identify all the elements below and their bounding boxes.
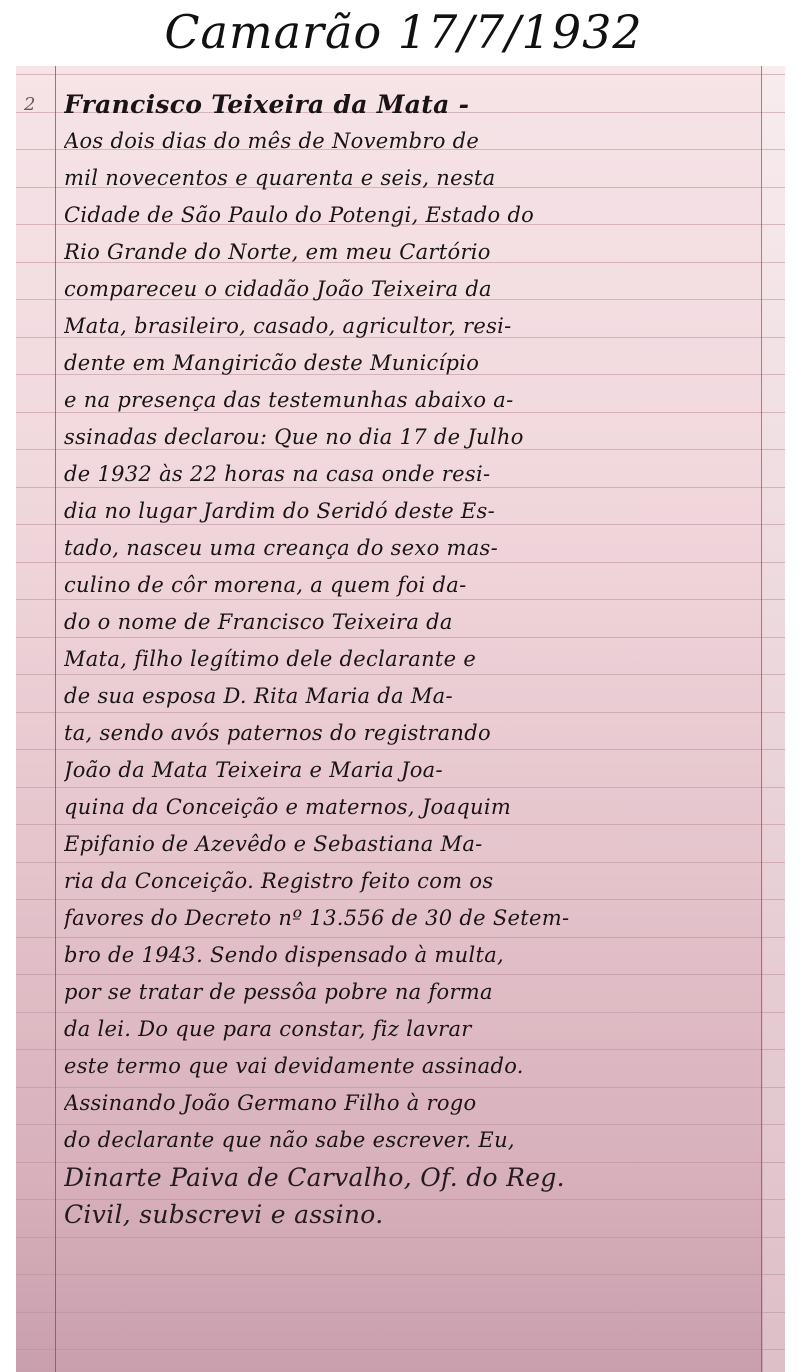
text-line: do declarante que não sabe escrever. Eu, xyxy=(64,1122,764,1159)
signature-line: Dinarte Paiva de Carvalho, Of. do Reg. xyxy=(64,1159,764,1196)
text-line: ria da Conceição. Registro feito com os xyxy=(64,863,764,900)
left-margin-line xyxy=(55,66,56,1372)
signature-line: Civil, subscrevi e assino. xyxy=(64,1196,764,1233)
text-line: favores do Decreto nº 13.556 de 30 de Se… xyxy=(64,900,764,937)
text-line: dente em Mangiricão deste Município xyxy=(64,345,764,382)
text-line: João da Mata Teixeira e Maria Joa- xyxy=(64,752,764,789)
text-line: por se tratar de pessôa pobre na forma xyxy=(64,974,764,1011)
text-line: Cidade de São Paulo do Potengi, Estado d… xyxy=(64,197,764,234)
text-line: culino de côr morena, a quem foi da- xyxy=(64,567,764,604)
text-line: Mata, filho legítimo dele declarante e xyxy=(64,641,764,678)
ruled-line xyxy=(16,1312,785,1313)
entry-number: 2 xyxy=(24,94,35,115)
text-line: e na presença das testemunhas abaixo a- xyxy=(64,382,764,419)
text-line: tado, nasceu uma creança do sexo mas- xyxy=(64,530,764,567)
text-line: mil novecentos e quarenta e seis, nesta xyxy=(64,160,764,197)
text-line: Epifanio de Azevêdo e Sebastiana Ma- xyxy=(64,826,764,863)
text-line: Rio Grande do Norte, em meu Cartório xyxy=(64,234,764,271)
text-line: quina da Conceição e maternos, Joaquim xyxy=(64,789,764,826)
text-line: ssinadas declarou: Que no dia 17 de Julh… xyxy=(64,419,764,456)
ruled-line xyxy=(16,1237,785,1238)
text-line: de sua esposa D. Rita Maria da Ma- xyxy=(64,678,764,715)
ruled-line xyxy=(16,1349,785,1350)
registry-page: 2 Francisco Teixeira da Mata - Aos dois … xyxy=(16,66,785,1372)
text-line: ta, sendo avós paternos do registrando xyxy=(64,715,764,752)
text-line: compareceu o cidadão João Teixeira da xyxy=(64,271,764,308)
ruled-line xyxy=(16,74,785,75)
text-line: este termo que vai devidamente assinado. xyxy=(64,1048,764,1085)
text-line: da lei. Do que para constar, fiz lavrar xyxy=(64,1011,764,1048)
document-title: Camarão 17/7/1932 xyxy=(0,0,807,64)
text-line: dia no lugar Jardim do Seridó deste Es- xyxy=(64,493,764,530)
entry-heading: Francisco Teixeira da Mata - xyxy=(64,86,764,123)
ruled-line xyxy=(16,1274,785,1275)
text-line: do o nome de Francisco Teixeira da xyxy=(64,604,764,641)
text-line: de 1932 às 22 horas na casa onde resi- xyxy=(64,456,764,493)
handwritten-text: Francisco Teixeira da Mata - Aos dois di… xyxy=(64,86,764,1233)
text-line: bro de 1943. Sendo dispensado à multa, xyxy=(64,937,764,974)
text-line: Aos dois dias do mês de Novembro de xyxy=(64,123,764,160)
text-line: Assinando João Germano Filho à rogo xyxy=(64,1085,764,1122)
text-line: Mata, brasileiro, casado, agricultor, re… xyxy=(64,308,764,345)
